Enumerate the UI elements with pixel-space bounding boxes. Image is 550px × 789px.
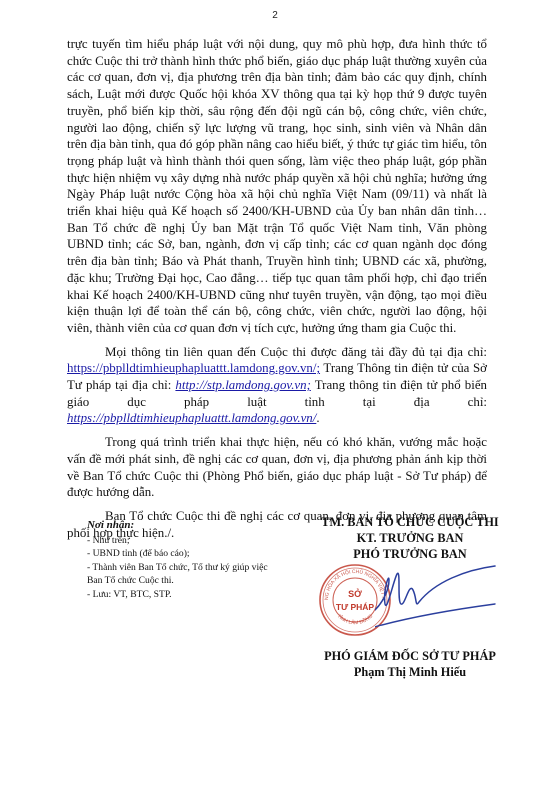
signatory-line-2: KT. TRƯỞNG BAN: [290, 530, 530, 546]
recipient-item: - Như trên;: [87, 534, 277, 548]
signatory-name: Phạm Thị Minh Hiếu: [290, 664, 530, 680]
contest-website-link[interactable]: https://pbplldtimhieuphapluattt.lamdong.…: [67, 361, 320, 375]
info-text-1: Mọi thông tin liên quan đến Cuộc thi đượ…: [105, 345, 487, 359]
svg-text:TƯ PHÁP: TƯ PHÁP: [336, 602, 375, 612]
signatory-line-3: PHÓ TRƯỞNG BAN: [290, 546, 530, 562]
handwritten-signature-icon: [375, 562, 535, 642]
department-website-link[interactable]: http://stp.lamdong.gov.vn;: [175, 378, 310, 392]
signatory-position: PHÓ GIÁM ĐỐC SỞ TƯ PHÁP: [290, 648, 530, 664]
signatory-footer: PHÓ GIÁM ĐỐC SỞ TƯ PHÁP Phạm Thị Minh Hi…: [290, 648, 530, 680]
svg-text:SỞ: SỞ: [348, 588, 362, 599]
document-body: trực tuyến tìm hiểu pháp luật với nội du…: [67, 36, 487, 548]
info-paragraph: Mọi thông tin liên quan đến Cuộc thi đượ…: [67, 344, 487, 428]
difficulty-paragraph: Trong quá trình triển khai thực hiện, nế…: [67, 434, 487, 501]
signatory-header: TM. BAN TỔ CHỨC CUỘC THI KT. TRƯỞNG BAN …: [290, 514, 530, 563]
recipient-item: - Thành viên Ban Tổ chức, Tổ thư ký giúp…: [87, 561, 277, 588]
recipient-item: - Lưu: VT, BTC, STP.: [87, 588, 277, 602]
page-number: 2: [0, 10, 550, 21]
continuation-paragraph: trực tuyến tìm hiểu pháp luật với nội du…: [67, 36, 487, 337]
recipients-block: Nơi nhận: - Như trên; - UBND tỉnh (để bá…: [87, 519, 277, 602]
info-text-4: .: [316, 411, 319, 425]
svg-text:TỈNH LÂM ĐỒNG: TỈNH LÂM ĐỒNG: [336, 613, 374, 626]
legal-education-website-link[interactable]: https://pbplldtimhieuphapluattt.lamdong.…: [67, 411, 316, 425]
recipients-title: Nơi nhận:: [87, 519, 277, 533]
recipient-item: - UBND tỉnh (để báo cáo);: [87, 547, 277, 561]
signatory-line-1: TM. BAN TỔ CHỨC CUỘC THI: [290, 514, 530, 530]
